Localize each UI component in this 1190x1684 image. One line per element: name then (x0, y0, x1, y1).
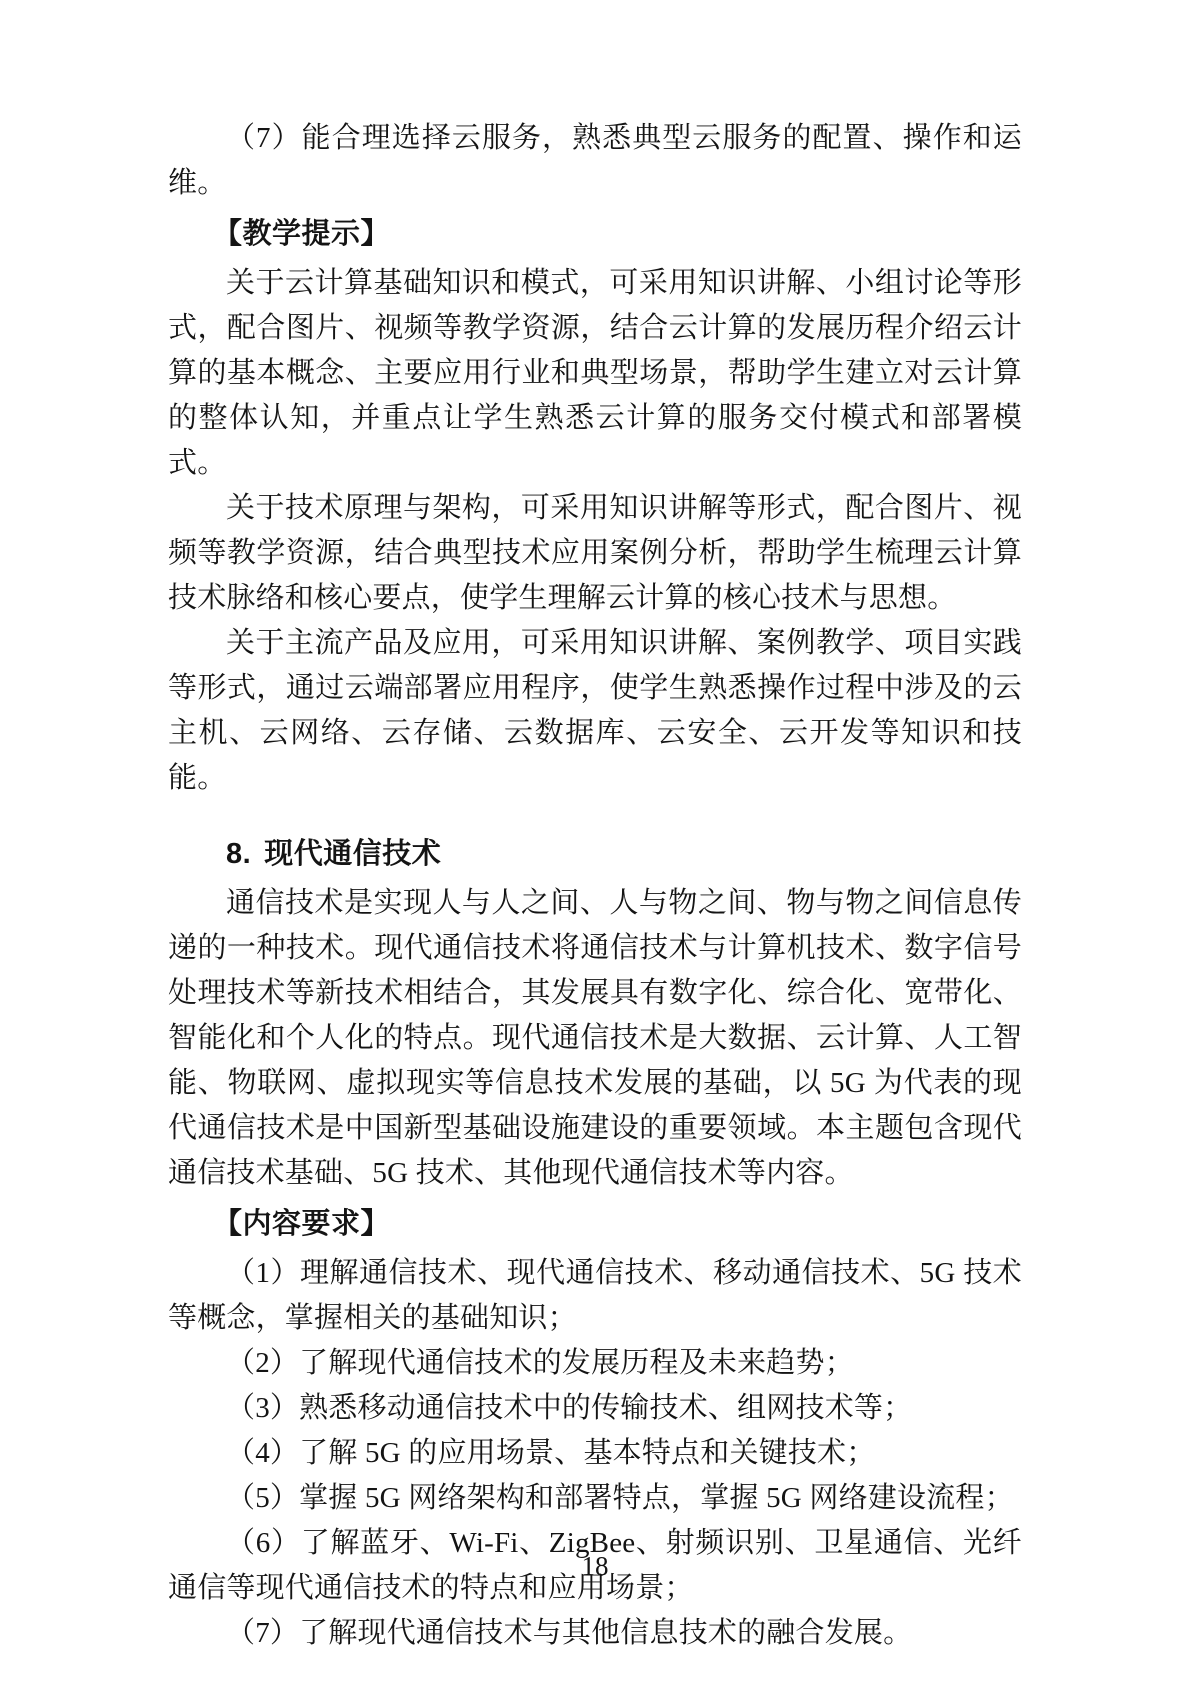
list-item-req-3: （3）熟悉移动通信技术中的传输技术、组网技术等； (168, 1386, 1022, 1431)
list-item-req-1: （1）理解通信技术、现代通信技术、移动通信技术、5G 技术等概念，掌握相关的基础… (168, 1251, 1022, 1341)
list-item-req-4: （4）了解 5G 的应用场景、基本特点和关键技术； (168, 1431, 1022, 1476)
heading-teaching-tips: 【教学提示】 (168, 211, 1022, 257)
paragraph-tech-principles: 关于技术原理与架构，可采用知识讲解等形式，配合图片、视频等教学资源，结合典型技术… (168, 486, 1022, 621)
paragraph-mainstream-products: 关于主流产品及应用，可采用知识讲解、案例教学、项目实践等形式，通过云端部署应用程… (168, 621, 1022, 801)
list-item-req-7: （7）了解现代通信技术与其他信息技术的融合发展。 (168, 1611, 1022, 1656)
list-item-req-5: （5）掌握 5G 网络架构和部署特点，掌握 5G 网络建设流程； (168, 1476, 1022, 1521)
list-item-cloud-7: （7）能合理选择云服务，熟悉典型云服务的配置、操作和运维。 (168, 116, 1022, 206)
paragraph-cloud-basics: 关于云计算基础知识和模式，可采用知识讲解、小组讨论等形式，配合图片、视频等教学资… (168, 261, 1022, 486)
heading-content-requirements: 【内容要求】 (168, 1201, 1022, 1247)
section-number: 8. (226, 838, 251, 870)
section-title: 现代通信技术 (264, 838, 441, 870)
heading-section-8-modern-communication: 8.现代通信技术 (168, 831, 1022, 877)
page-number: 18 (0, 1546, 1190, 1586)
paragraph-communication-intro: 通信技术是实现人与人之间、人与物之间、物与物之间信息传递的一种技术。现代通信技术… (168, 881, 1022, 1196)
document-page: （7）能合理选择云服务，熟悉典型云服务的配置、操作和运维。 【教学提示】 关于云… (0, 0, 1190, 1684)
list-item-req-2: （2）了解现代通信技术的发展历程及未来趋势； (168, 1341, 1022, 1386)
